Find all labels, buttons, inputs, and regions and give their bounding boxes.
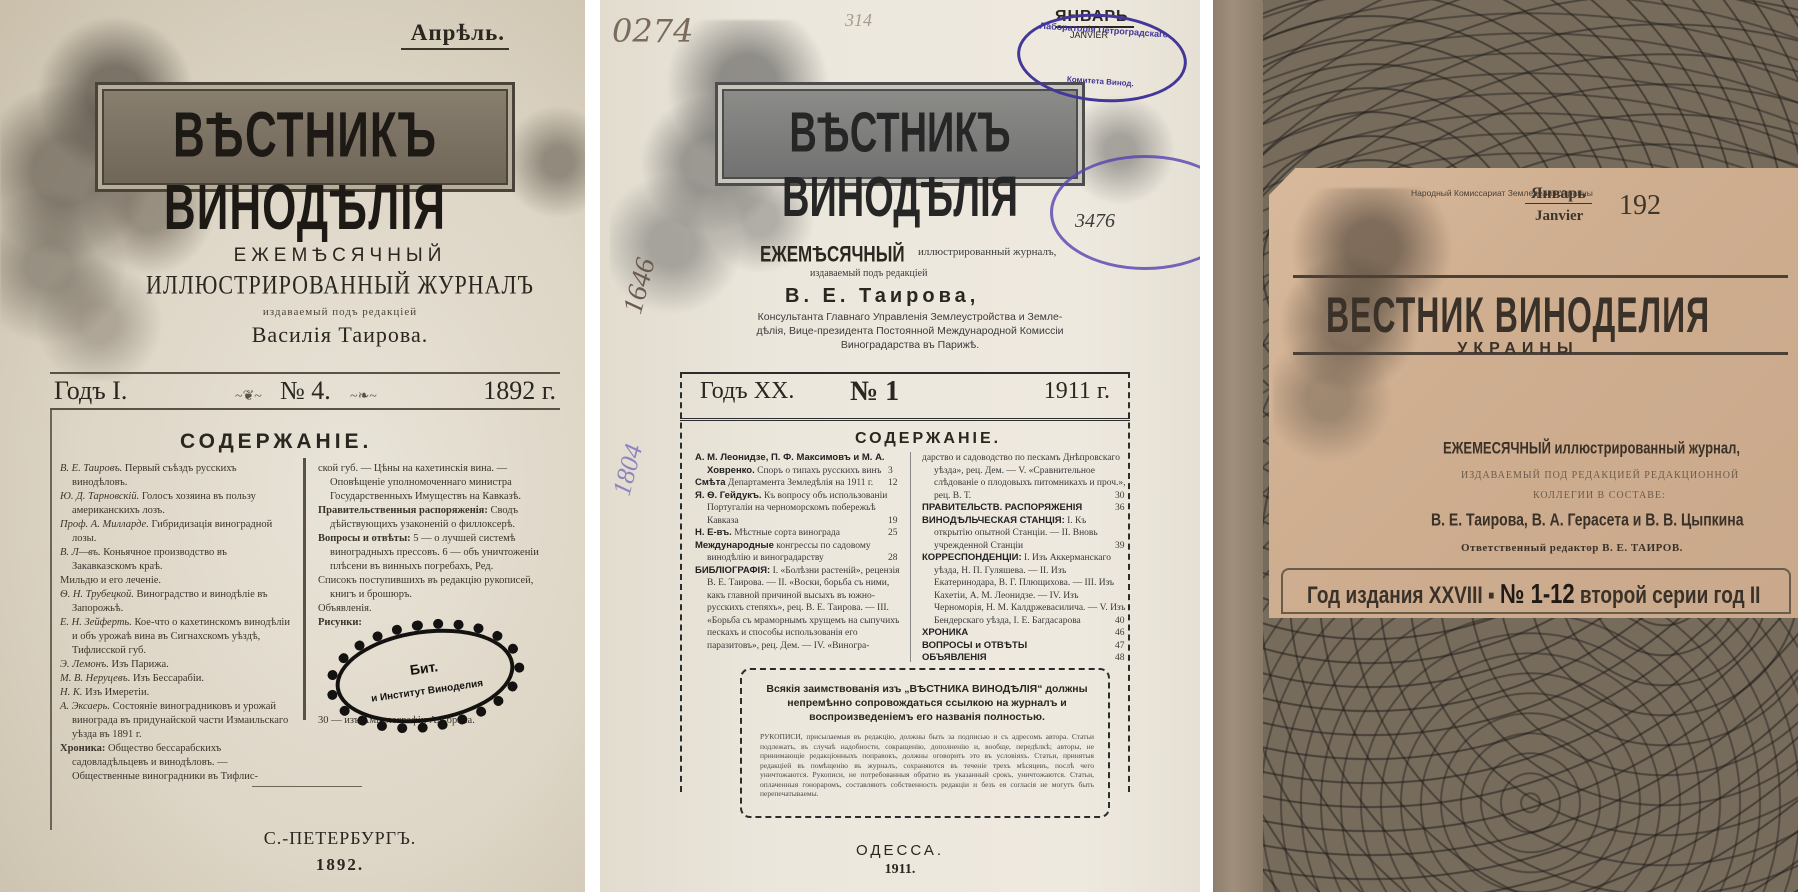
- editor-names: В. Е. Таирова, В. А. Герасета и В. В. Цы…: [1431, 509, 1744, 529]
- toc-entry: Е. Н. Зейферть. Кое-что о кахетинскомъ в…: [60, 616, 290, 658]
- toc-entry: КОРРЕСПОНДЕНЦІИ: I. Изъ Аккерманскаго уѣ…: [922, 552, 1127, 627]
- subtitle-illustrated-journal: ИЛЛЮСТРИРОВАННЫЙ ЖУРНАЛЪ: [140, 269, 540, 300]
- toc-entry: БИБЛІОГРАФІЯ: I. «Болѣзни растеній», рец…: [695, 565, 900, 653]
- toc-entry: В. Е. Таировъ. Первый съѣздъ русскихъ ви…: [60, 462, 290, 490]
- toc-entry: Списокъ поступившихъ въ редакцію рукопис…: [318, 574, 548, 602]
- magazine-cover-1911: 0274 314 ЯНВАРЬ. JANVIER ВѢСТНИКЪ ВИНОДѢ…: [600, 0, 1200, 892]
- subtitle-illustrated-journal: иллюстрированный журналъ,: [918, 246, 1056, 258]
- toc-entry: ВИНОДѢЛЬЧЕСКАЯ СТАНЦІЯ: I. Къ открытію о…: [922, 515, 1127, 553]
- month-underline: [401, 48, 509, 50]
- toc-entry: Н. К. Изъ Имеретіи.: [60, 686, 290, 700]
- handwritten-number: 3476: [1075, 210, 1115, 233]
- toc-entry: Хроника: Общество бессарабскихъ садовлад…: [60, 742, 290, 784]
- toc-heading: СОДЕРЖАНІЕ.: [180, 430, 372, 454]
- handwritten-number: 1804: [607, 441, 649, 499]
- notice-body: РУКОПИСИ, присылаемыя въ редакцію, должн…: [760, 732, 1094, 799]
- issue-number: № 1: [850, 376, 899, 408]
- toc-entry: ОБЪЯВЛЕНІЯ 48: [922, 652, 1127, 665]
- issue-bar: Год издания XXVIII ▪ № 1-12 второй серии…: [1281, 568, 1791, 614]
- subtitle-board: КОЛЛЕГИИ В СОСТАВЕ:: [1533, 490, 1666, 501]
- magazine-cover-ukraine: Народный Комиссариат Земледелия Украины …: [1213, 0, 1798, 892]
- notice-heading: Всякія заимствованія изъ „ВѢСТНИКА ВИНОД…: [760, 682, 1094, 724]
- handwritten-number: 0274: [612, 12, 693, 50]
- reprint-notice-box: Всякія заимствованія изъ „ВѢСТНИКА ВИНОД…: [740, 668, 1110, 818]
- issue-number: № 4.: [280, 376, 331, 406]
- issue-year-partial: 192: [1619, 190, 1661, 222]
- toc-entry: Вопросы и отвѣты: 5 — о лучшей системѣ в…: [318, 532, 548, 574]
- toc-right-column: дарство и садоводство по пескамъ Днѣпров…: [922, 452, 1127, 665]
- subtitle-monthly: ЕЖЕМѢСЯЧНЫЙ: [140, 245, 540, 267]
- magazine-title: ВѢСТНИКЪ ВИНОДѢЛІЯ: [95, 100, 515, 245]
- flourish-ornament-icon: ~❦~: [235, 388, 262, 405]
- toc-entry: В. Л—въ. Коньячное производство въ Закав…: [60, 546, 290, 574]
- issue-month-french: Janvier: [1535, 208, 1583, 225]
- issue-year: 1892 г.: [483, 376, 556, 406]
- column-divider: [910, 452, 911, 662]
- flourish-ornament-icon: ~❧~: [350, 388, 377, 405]
- subtitle-monthly: ЕЖЕМѢСЯЧНЫЙ: [760, 242, 905, 268]
- toc-entry: Мильдю и его леченіе.: [60, 574, 290, 588]
- subtitle-edited-by: ИЗДАВАЕМЫЙ ПОД РЕДАКЦИЕЙ РЕДАКЦИОННОЙ: [1461, 470, 1739, 481]
- editor-credentials: Консультанта Главнаго Управленія Землеус…: [710, 310, 1110, 352]
- publication-year: 1892.: [140, 855, 540, 875]
- issue-bar: Годъ XX. № 1 1911 г.: [700, 378, 1110, 410]
- toc-entry: дарство и садоводство по пескамъ Днѣпров…: [922, 452, 1127, 502]
- separator-icon: ▪: [1488, 583, 1500, 609]
- subtitle-edited-by: издаваемый подъ редакціей: [810, 268, 927, 279]
- series-year: второй серии год II: [1580, 583, 1761, 609]
- issue-number: № 1-12: [1500, 578, 1575, 609]
- editor-name: В. Е. Таирова,: [785, 285, 979, 308]
- ornamental-rule: [680, 418, 1130, 421]
- handwritten-number: 314: [845, 10, 872, 31]
- toc-entry: А. М. Леонидзе, П. Ф. Максимовъ и М. А. …: [695, 452, 900, 477]
- chief-editor: Ответственный редактор В. Е. ТАИРОВ.: [1461, 542, 1683, 554]
- volume-year: Годъ XX.: [700, 378, 794, 405]
- magazine-title: ВѢСТНИКЪ ВИНОДѢЛІЯ: [715, 102, 1085, 231]
- issue-month: Апрѣль.: [411, 20, 505, 46]
- publication-city: С.-ПЕТЕРБУРГЪ.: [140, 828, 540, 849]
- editor-name: Василія Таирова.: [140, 322, 540, 348]
- toc-entry: М. В. Неруцевъ. Изъ Бессарабіи.: [60, 672, 290, 686]
- book-spine: [1213, 0, 1263, 892]
- toc-entry: ской губ. — Цѣны на кахетинскія вина. — …: [318, 462, 548, 504]
- issue-year: 1911 г.: [1044, 378, 1110, 405]
- toc-heading: СОДЕРЖАНІЕ.: [855, 430, 1001, 448]
- toc-entry: А. Эксаерь. Состояніе виноградниковъ и у…: [60, 700, 290, 742]
- toc-entry: Н. Е-въ. Мѣстные сорта винограда 25: [695, 527, 900, 540]
- magazine-title: ВЕСТНИК ВИНОДЕЛИЯ: [1308, 287, 1728, 344]
- subtitle-edited-by: издаваемый подъ редакціей: [140, 306, 540, 318]
- volume-year: Год издания XXVIII: [1307, 583, 1483, 609]
- toc-entry: Объявленія.: [318, 602, 548, 616]
- toc-entry: Проф. А. Милларде. Гибридизація виноград…: [60, 518, 290, 546]
- subtitle-monthly: ЕЖЕМЕСЯЧНЫЙ иллюстрированный журнал,: [1443, 438, 1740, 458]
- toc-entry: Ѳ. Н. Трубецкой. Виноградство и винодѣлі…: [60, 588, 290, 616]
- publication-year: 1911.: [800, 862, 1000, 878]
- toc-entry: Э. Лемонъ. Изъ Парижа.: [60, 658, 290, 672]
- toc-entry: Ю. Д. Тарновскій. Голосъ хозяина въ поль…: [60, 490, 290, 518]
- toc-entry: ХРОНИКА 46: [922, 627, 1127, 640]
- toc-left-column: В. Е. Таировъ. Первый съѣздъ русскихъ ви…: [60, 462, 290, 784]
- footer-ornament: [252, 786, 362, 787]
- volume-year: Годъ I.: [54, 376, 127, 406]
- toc-left-column: А. М. Леонидзе, П. Ф. Максимовъ и М. А. …: [695, 452, 900, 652]
- toc-entry: Международные конгрессы по садовому вино…: [695, 540, 900, 565]
- magazine-cover-1892: Апрѣль. ВѢСТНИКЪ ВИНОДѢЛІЯ ЕЖЕМѢСЯЧНЫЙ И…: [0, 0, 585, 892]
- column-divider: [303, 458, 306, 720]
- issue-bar: Годъ I. ~❦~ № 4. ~❧~ 1892 г.: [50, 372, 560, 410]
- issue-month: Январь: [1525, 185, 1592, 204]
- toc-entry: Смѣта Департамента Земледѣлія на 1911 г.…: [695, 477, 900, 490]
- toc-entry: ПРАВИТЕЛЬСТВ. РАСПОРЯЖЕНІЯ 36: [922, 502, 1127, 515]
- toc-entry: ВОПРОСЫ и ОТВѢТЫ 47: [922, 640, 1127, 653]
- toc-entry: Правительственныя распоряженія: Сводъ дѣ…: [318, 504, 548, 532]
- publication-city: ОДЕССА.: [800, 842, 1000, 859]
- magazine-title-region: УКРАИНЫ: [1308, 340, 1728, 358]
- toc-entry: Я. Ѳ. Гейдукъ. Къ вопросу объ использова…: [695, 490, 900, 528]
